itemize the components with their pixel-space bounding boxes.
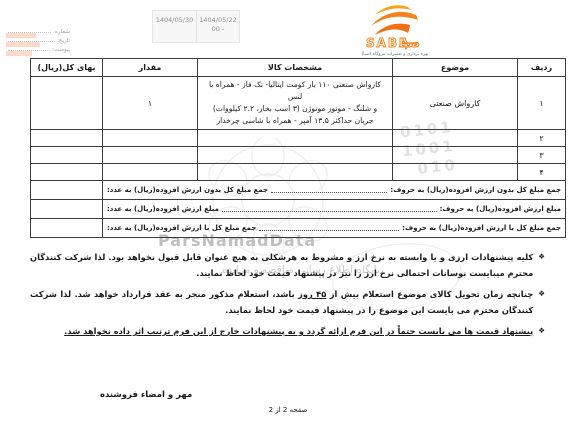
cell-subject xyxy=(393,130,518,147)
col-header-row: ردیف xyxy=(518,59,566,77)
company-logo: SABA صبا بهره برداری و تعمیرات نیروگاه (… xyxy=(342,2,448,58)
dotted-leader xyxy=(259,230,399,231)
col-header-qty: مقدار xyxy=(103,59,198,77)
sum-words-label: جمع مبلغ کل بدون ارزش افزوده(ریال) به حر… xyxy=(390,186,561,194)
cell-qty xyxy=(103,164,198,181)
summary-row-total-without-vat: جمع مبلغ کل بدون ارزش افزوده(ریال) به حر… xyxy=(31,181,566,200)
ref-label-attachment: پیوست: xyxy=(52,47,70,53)
cell-subject: کارواش صنعتی xyxy=(393,77,518,130)
note-item-form-required: ❖ پیشنهاد قیمت ها می بایست حتماً در این … xyxy=(30,323,545,339)
note-item-delivery: ❖ چنانچه زمان تحویل کالای موضوع استعلام … xyxy=(30,286,545,318)
summary-label-cell: مبلغ ارزش افزوده(ریال) به حروف: مبلغ ارز… xyxy=(103,200,566,219)
cell-total xyxy=(31,77,103,130)
sum-number-label: جمع مبلغ کل بدون ارزش افزوده(ریال) به عد… xyxy=(107,186,268,194)
items-table: ردیف موضوع مشخصات کالا مقدار بهای کل(ریا… xyxy=(30,58,566,238)
cell-qty xyxy=(103,130,198,147)
cell-row-number: ۱ xyxy=(518,77,566,130)
summary-label-cell: جمع مبلغ کل بدون ارزش افزوده(ریال) به حر… xyxy=(103,181,566,200)
cell-row-number: ۳ xyxy=(518,147,566,164)
col-header-specs: مشخصات کالا xyxy=(198,59,393,77)
diamond-bullet-icon: ❖ xyxy=(538,249,545,281)
cell-specs xyxy=(198,130,393,147)
note-text-underlined: پیشنهاد قیمت ها می بایست حتماً در این فر… xyxy=(64,323,533,339)
note-text: چنانچه زمان تحویل کالای موضوع استعلام بی… xyxy=(30,286,533,318)
date-cell-left: 1404/05/30 xyxy=(153,11,196,42)
table-row: ۲ xyxy=(31,130,566,147)
sum-value-cell xyxy=(31,200,103,219)
ref-label-date: تاریخ: xyxy=(57,38,70,44)
document-page: شماره: تاریخ: پیوست: 1404/05/30 1404/05/… xyxy=(0,0,576,438)
diamond-bullet-icon: ❖ xyxy=(538,286,545,318)
ref-label-number: شماره: xyxy=(53,29,70,35)
ref-dotted-line xyxy=(8,32,51,33)
date-sub-value: 00 - xyxy=(197,25,239,34)
cell-total xyxy=(31,130,103,147)
cell-specs xyxy=(198,147,393,164)
ref-row-attachment: پیوست: xyxy=(8,44,70,53)
cell-specs xyxy=(198,164,393,181)
note-highlight-days: ۴۵ روز xyxy=(298,289,326,299)
ref-dotted-line xyxy=(8,50,50,51)
cell-subject xyxy=(393,147,518,164)
cell-total xyxy=(31,164,103,181)
svg-text:بهره برداری و تعمیرات نیروگاه: بهره برداری و تعمیرات نیروگاه (صبا) xyxy=(361,51,428,57)
table-row: ۴ xyxy=(31,164,566,181)
cell-qty xyxy=(103,147,198,164)
table-row: ۳ xyxy=(31,147,566,164)
cell-row-number: ۲ xyxy=(518,130,566,147)
ref-dotted-line xyxy=(8,41,55,42)
saba-logo-icon: SABA صبا بهره برداری و تعمیرات نیروگاه (… xyxy=(342,2,448,58)
seller-signature-label: مهر و امضاء فروشنده xyxy=(100,390,192,400)
dotted-leader xyxy=(222,211,437,212)
sum-number-label: مبلغ ارزش افزوده(ریال) به عدد: xyxy=(107,205,219,213)
table-header-row: ردیف موضوع مشخصات کالا مقدار بهای کل(ریا… xyxy=(31,59,566,77)
table-row: ۱ کارواش صنعتی کارواش صنعتی ۱۱۰ بار کومت… xyxy=(31,77,566,130)
date-cell-right: 1404/05/22 00 - xyxy=(196,11,239,42)
page-number: صفحه 2 از 2 xyxy=(0,406,576,414)
cell-subject xyxy=(393,164,518,181)
summary-row-vat: مبلغ ارزش افزوده(ریال) به حروف: مبلغ ارز… xyxy=(31,200,566,219)
notes-section: ❖ کلیه پیشنهادات ارزی و یا وابسته به نرخ… xyxy=(30,249,545,344)
cell-qty: ۱ xyxy=(103,77,198,130)
note-text: کلیه پیشنهادات ارزی و یا وابسته به نرخ ا… xyxy=(30,249,533,281)
date-value: 1404/05/30 xyxy=(153,16,196,25)
summary-row-total-with-vat: جمع مبلغ کل با ارزش افزوده(ریال) به حروف… xyxy=(31,219,566,238)
cell-row-number: ۴ xyxy=(518,164,566,181)
letterhead-ref-fields: شماره: تاریخ: پیوست: xyxy=(8,26,70,53)
diamond-bullet-icon: ❖ xyxy=(538,323,545,339)
col-header-total: بهای کل(ریال) xyxy=(31,59,103,77)
cell-total xyxy=(31,147,103,164)
cell-specs: کارواش صنعتی ۱۱۰ بار کومت ایتالیا- تک فا… xyxy=(198,77,393,130)
note-item-currency: ❖ کلیه پیشنهادات ارزی و یا وابسته به نرخ… xyxy=(30,249,545,281)
ref-row-date: تاریخ: xyxy=(8,35,70,44)
date-box: 1404/05/30 1404/05/22 00 - xyxy=(152,10,240,43)
dotted-leader xyxy=(271,192,387,193)
summary-label-cell: جمع مبلغ کل با ارزش افزوده(ریال) به حروف… xyxy=(103,219,566,238)
ref-row-number: شماره: xyxy=(8,26,70,35)
sum-value-cell xyxy=(31,181,103,200)
col-header-subject: موضوع xyxy=(393,59,518,77)
sum-words-label: مبلغ ارزش افزوده(ریال) به حروف: xyxy=(440,205,561,213)
sum-value-cell xyxy=(31,219,103,238)
sum-number-label: جمع مبلغ کل با ارزش افزوده(ریال) به عدد: xyxy=(107,224,256,232)
date-value: 1404/05/22 xyxy=(197,16,239,25)
sum-words-label: جمع مبلغ کل با ارزش افزوده(ریال) به حروف… xyxy=(402,224,561,232)
note-text-pre: چنانچه زمان تحویل کالای موضوع استعلام بی… xyxy=(326,289,533,299)
